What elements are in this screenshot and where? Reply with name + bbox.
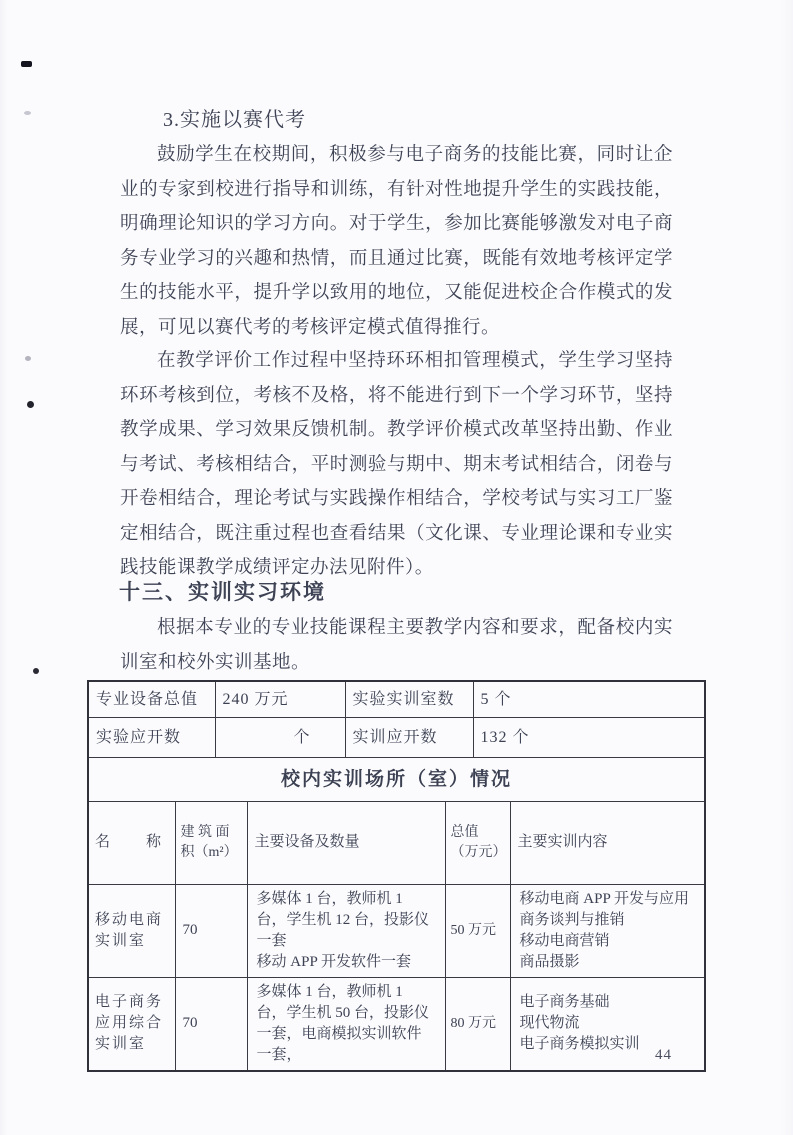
cell-room-training-content: 移动电商 APP 开发与应用 商务谈判与推销 移动电商营销 商品摄影 [510, 884, 705, 977]
cell-room-value: 80 万元 [445, 977, 510, 1071]
table-row-mobile-ecommerce-room: 移动电商实训室 70 多媒体 1 台，教师机 1 台，学生机 12 台，投影仪一… [88, 884, 705, 977]
page-number: 44 [655, 1047, 672, 1064]
cell-room-name: 电子商务应用综合实训室 [88, 977, 175, 1071]
column-header-equipment: 主要设备及数量 [247, 801, 445, 884]
table-section-title: 校内实训场所（室）情况 [88, 757, 705, 801]
table-row-stats-1: 专业设备总值 240 万元 实验实训室数 5 个 [88, 681, 705, 717]
cell-room-area: 70 [175, 977, 247, 1071]
column-header-training-content: 主要实训内容 [510, 801, 705, 884]
facilities-table: 专业设备总值 240 万元 实验实训室数 5 个 实验应开数 个 实训应开数 1… [87, 680, 706, 1072]
table-row-ecommerce-comprehensive-room: 电子商务应用综合实训室 70 多媒体 1 台，教师机 1 台，学生机 50 台，… [88, 977, 705, 1071]
scan-speck [24, 111, 31, 115]
cell-room-area: 70 [175, 884, 247, 977]
table-header-row: 名 称 建 筑 面 积（m²） 主要设备及数量 总值 （万元） 主要实训内容 [88, 801, 705, 884]
table-row-section-title: 校内实训场所（室）情况 [88, 757, 705, 801]
training-facilities-table: 专业设备总值 240 万元 实验实训室数 5 个 实验应开数 个 实训应开数 1… [87, 680, 706, 1072]
column-header-value: 总值 （万元） [445, 801, 510, 884]
paragraph-competition: 鼓励学生在校期间，积极参与电子商务的技能比赛，同时让企业的专家到校进行指导和训练… [120, 138, 673, 345]
table-row-stats-2: 实验应开数 个 实训应开数 132 个 [88, 717, 705, 757]
cell-room-value: 50 万元 [445, 884, 510, 977]
cell-room-name: 移动电商实训室 [88, 884, 175, 977]
label-experiments-required: 实验应开数 [88, 717, 215, 757]
scan-speck [33, 668, 39, 674]
scan-speck [25, 356, 31, 361]
subsection-heading-competition: 3.实施以赛代考 [163, 103, 306, 132]
label-equipment-total-value: 专业设备总值 [88, 681, 215, 717]
column-header-area: 建 筑 面 积（m²） [175, 801, 247, 884]
column-header-name: 名 称 [88, 801, 175, 884]
paragraph-training-environment: 根据本专业的专业技能课程主要教学内容和要求，配备校内实训室和校外实训基地。 [120, 611, 673, 680]
value-experiments-required: 个 [215, 717, 345, 757]
cell-room-equipment: 多媒体 1 台，教师机 1 台，学生机 12 台，投影仪一套 移动 APP 开发… [247, 884, 445, 977]
scan-speck [21, 61, 32, 67]
scan-speck [27, 401, 34, 408]
label-lab-room-count: 实验实训室数 [345, 681, 473, 717]
cell-room-equipment: 多媒体 1 台，教师机 1 台，学生机 50 台，投影仪一套，电商模拟实训软件一… [247, 977, 445, 1071]
label-trainings-required: 实训应开数 [345, 717, 473, 757]
section-heading-training-environment: 十三、实训实习环境 [119, 576, 326, 606]
scanned-document-page: 3.实施以赛代考 鼓励学生在校期间，积极参与电子商务的技能比赛，同时让企业的专家… [0, 0, 793, 1135]
value-trainings-required: 132 个 [473, 717, 705, 757]
paragraph-evaluation: 在教学评价工作过程中坚持环环相扣管理模式，学生学习坚持环环考核到位，考核不及格，… [120, 344, 673, 586]
value-lab-room-count: 5 个 [473, 681, 705, 717]
cell-room-training-content: 电子商务基础 现代物流 电子商务模拟实训 [510, 977, 705, 1071]
value-equipment-total-value: 240 万元 [215, 681, 345, 717]
